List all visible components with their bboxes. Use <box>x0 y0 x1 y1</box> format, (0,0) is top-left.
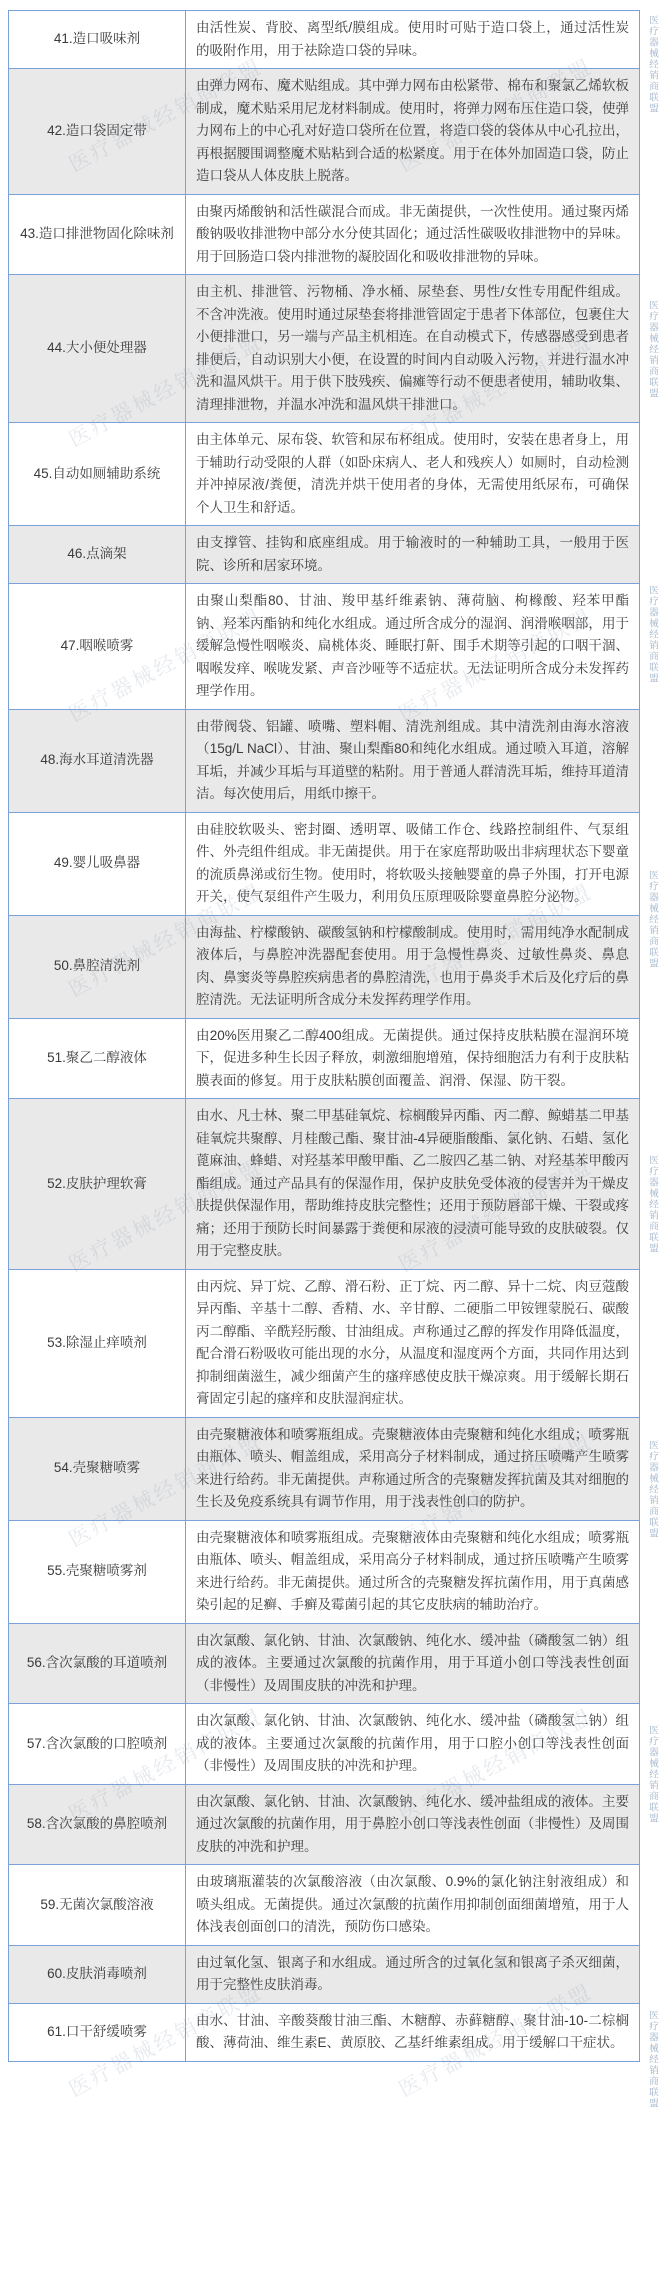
item-description: 由水、凡士林、聚二甲基硅氧烷、棕榈酸异丙酯、丙二醇、鲸蜡基二甲基硅氧烷共聚醇、月… <box>186 1099 640 1270</box>
device-table-body: 41.造口吸味剂由活性炭、背胶、离型纸/膜组成。使用时可贴于造口袋上，通过活性炭… <box>9 11 640 2062</box>
item-name: 48.海水耳道清洗器 <box>9 709 186 812</box>
item-name: 56.含次氯酸的耳道喷剂 <box>9 1623 186 1704</box>
table-row: 45.自动如厕辅助系统由主体单元、尿布袋、软管和尿布杯组成。使用时，安装在患者身… <box>9 423 640 526</box>
document-page: 41.造口吸味剂由活性炭、背胶、离型纸/膜组成。使用时可贴于造口袋上，通过活性炭… <box>0 0 660 2281</box>
table-row: 50.鼻腔清洗剂由海盐、柠檬酸钠、碳酸氢钠和柠檬酸制成。使用时，需用纯净水配制成… <box>9 915 640 1018</box>
table-row: 56.含次氯酸的耳道喷剂由次氯酸、氯化钠、甘油、次氯酸钠、纯化水、缓冲盐（磷酸氢… <box>9 1623 640 1704</box>
item-name: 42.造口袋固定带 <box>9 69 186 195</box>
item-description: 由过氧化氢、银离子和水组成。通过所含的过氧化氢和银离子杀灭细菌，用于完整性皮肤消… <box>186 1945 640 2003</box>
item-description: 由主机、排泄管、污物桶、净水桶、尿垫套、男性/女性专用配件组成。不含冲洗液。使用… <box>186 275 640 423</box>
edge-watermark: 医疗器械经销商联盟 <box>645 1725 659 1824</box>
table-row: 52.皮肤护理软膏由水、凡士林、聚二甲基硅氧烷、棕榈酸异丙酯、丙二醇、鲸蜡基二甲… <box>9 1099 640 1270</box>
table-row: 55.壳聚糖喷雾剂由壳聚糖液体和喷雾瓶组成。壳聚糖液体由壳聚糖和纯化水组成；喷雾… <box>9 1520 640 1623</box>
item-name: 41.造口吸味剂 <box>9 11 186 69</box>
item-name: 52.皮肤护理软膏 <box>9 1099 186 1270</box>
item-description: 由活性炭、背胶、离型纸/膜组成。使用时可贴于造口袋上，通过活性炭的吸附作用，用于… <box>186 11 640 69</box>
item-name: 45.自动如厕辅助系统 <box>9 423 186 526</box>
table-row: 48.海水耳道清洗器由带阀袋、铝罐、喷嘴、塑料帽、清洗剂组成。其中清洗剂由海水溶… <box>9 709 640 812</box>
table-row: 51.聚乙二醇液体由20%医用聚乙二醇400组成。无菌提供。通过保持皮肤粘膜在湿… <box>9 1018 640 1099</box>
item-name: 53.除湿止痒喷剂 <box>9 1269 186 1417</box>
item-name: 51.聚乙二醇液体 <box>9 1018 186 1099</box>
item-description: 由次氯酸、氯化钠、甘油、次氯酸钠、纯化水、缓冲盐（磷酸氢二钠）组成的液体。主要通… <box>186 1704 640 1785</box>
item-description: 由20%医用聚乙二醇400组成。无菌提供。通过保持皮肤粘膜在湿润环境下，促进多种… <box>186 1018 640 1099</box>
item-description: 由壳聚糖液体和喷雾瓶组成。壳聚糖液体由壳聚糖和纯化水组成；喷雾瓶由瓶体、喷头、帽… <box>186 1520 640 1623</box>
item-description: 由硅胶软吸头、密封圈、透明罩、吸储工作仓、线路控制组件、气泵组件、外壳组件组成。… <box>186 812 640 915</box>
item-description: 由丙烷、异丁烷、乙醇、滑石粉、正丁烷、丙二醇、异十二烷、肉豆蔻酸异丙酯、辛基十二… <box>186 1269 640 1417</box>
item-description: 由聚山梨酯80、甘油、羧甲基纤维素钠、薄荷脑、枸橼酸、羟苯甲酯钠、羟苯丙酯钠和纯… <box>186 584 640 710</box>
table-row: 47.咽喉喷雾由聚山梨酯80、甘油、羧甲基纤维素钠、薄荷脑、枸橼酸、羟苯甲酯钠、… <box>9 584 640 710</box>
item-name: 55.壳聚糖喷雾剂 <box>9 1520 186 1623</box>
item-description: 由海盐、柠檬酸钠、碳酸氢钠和柠檬酸制成。使用时，需用纯净水配制成液体后，与鼻腔冲… <box>186 915 640 1018</box>
edge-watermark: 医疗器械经销商联盟 <box>645 870 659 969</box>
edge-watermark: 医疗器械经销商联盟 <box>645 15 659 114</box>
item-description: 由壳聚糖液体和喷雾瓶组成。壳聚糖液体由壳聚糖和纯化水组成；喷雾瓶由瓶体、喷头、帽… <box>186 1417 640 1520</box>
table-row: 57.含次氯酸的口腔喷剂由次氯酸、氯化钠、甘油、次氯酸钠、纯化水、缓冲盐（磷酸氢… <box>9 1704 640 1785</box>
device-table: 41.造口吸味剂由活性炭、背胶、离型纸/膜组成。使用时可贴于造口袋上，通过活性炭… <box>8 10 640 2062</box>
table-row: 61.口干舒缓喷雾由水、甘油、辛酸葵酸甘油三酯、木糖醇、赤藓糖醇、聚甘油-10-… <box>9 2003 640 2061</box>
table-row: 43.造口排泄物固化除味剂由聚丙烯酸钠和活性碳混合而成。非无菌提供，一次性使用。… <box>9 194 640 275</box>
item-name: 49.婴儿吸鼻器 <box>9 812 186 915</box>
table-row: 60.皮肤消毒喷剂由过氧化氢、银离子和水组成。通过所含的过氧化氢和银离子杀灭细菌… <box>9 1945 640 2003</box>
edge-watermark: 医疗器械经销商联盟 <box>645 585 659 684</box>
item-description: 由支撑管、挂钩和底座组成。用于输液时的一种辅助工具，一般用于医院、诊所和居家环境… <box>186 526 640 584</box>
edge-watermark: 医疗器械经销商联盟 <box>645 2010 659 2109</box>
item-description: 由水、甘油、辛酸葵酸甘油三酯、木糖醇、赤藓糖醇、聚甘油-10-二棕榈酸、薄荷油、… <box>186 2003 640 2061</box>
item-description: 由主体单元、尿布袋、软管和尿布杯组成。使用时，安装在患者身上，用于辅助行动受限的… <box>186 423 640 526</box>
table-row: 53.除湿止痒喷剂由丙烷、异丁烷、乙醇、滑石粉、正丁烷、丙二醇、异十二烷、肉豆蔻… <box>9 1269 640 1417</box>
item-name: 50.鼻腔清洗剂 <box>9 915 186 1018</box>
item-description: 由聚丙烯酸钠和活性碳混合而成。非无菌提供，一次性使用。通过聚丙烯酸钠吸收排泄物中… <box>186 194 640 275</box>
edge-watermark: 医疗器械经销商联盟 <box>645 1440 659 1539</box>
item-description: 由次氯酸、氯化钠、甘油、次氯酸钠、纯化水、缓冲盐（磷酸氢二钠）组成的液体。主要通… <box>186 1623 640 1704</box>
item-name: 44.大小便处理器 <box>9 275 186 423</box>
item-description: 由带阀袋、铝罐、喷嘴、塑料帽、清洗剂组成。其中清洗剂由海水溶液（15g/L Na… <box>186 709 640 812</box>
table-row: 54.壳聚糖喷雾由壳聚糖液体和喷雾瓶组成。壳聚糖液体由壳聚糖和纯化水组成；喷雾瓶… <box>9 1417 640 1520</box>
edge-watermark: 医疗器械经销商联盟 <box>645 300 659 399</box>
table-row: 58.含次氯酸的鼻腔喷剂由次氯酸、氯化钠、甘油、次氯酸钠、纯化水、缓冲盐组成的液… <box>9 1784 640 1865</box>
item-name: 46.点滴架 <box>9 526 186 584</box>
table-row: 41.造口吸味剂由活性炭、背胶、离型纸/膜组成。使用时可贴于造口袋上，通过活性炭… <box>9 11 640 69</box>
table-row: 49.婴儿吸鼻器由硅胶软吸头、密封圈、透明罩、吸储工作仓、线路控制组件、气泵组件… <box>9 812 640 915</box>
item-name: 43.造口排泄物固化除味剂 <box>9 194 186 275</box>
edge-watermark: 医疗器械经销商联盟 <box>645 1155 659 1254</box>
table-row: 44.大小便处理器由主机、排泄管、污物桶、净水桶、尿垫套、男性/女性专用配件组成… <box>9 275 640 423</box>
item-name: 60.皮肤消毒喷剂 <box>9 1945 186 2003</box>
item-name: 54.壳聚糖喷雾 <box>9 1417 186 1520</box>
item-description: 由弹力网布、魔术贴组成。其中弹力网布由松紧带、棉布和聚氯乙烯软板制成，魔术贴采用… <box>186 69 640 195</box>
item-description: 由玻璃瓶灌装的次氯酸溶液（由次氯酸、0.9%的氯化钠注射液组成）和喷头组成。无菌… <box>186 1865 640 1946</box>
table-row: 59.无菌次氯酸溶液由玻璃瓶灌装的次氯酸溶液（由次氯酸、0.9%的氯化钠注射液组… <box>9 1865 640 1946</box>
item-name: 47.咽喉喷雾 <box>9 584 186 710</box>
item-description: 由次氯酸、氯化钠、甘油、次氯酸钠、纯化水、缓冲盐组成的液体。主要通过次氯酸的抗菌… <box>186 1784 640 1865</box>
item-name: 58.含次氯酸的鼻腔喷剂 <box>9 1784 186 1865</box>
item-name: 59.无菌次氯酸溶液 <box>9 1865 186 1946</box>
table-row: 42.造口袋固定带由弹力网布、魔术贴组成。其中弹力网布由松紧带、棉布和聚氯乙烯软… <box>9 69 640 195</box>
item-name: 57.含次氯酸的口腔喷剂 <box>9 1704 186 1785</box>
table-row: 46.点滴架由支撑管、挂钩和底座组成。用于输液时的一种辅助工具，一般用于医院、诊… <box>9 526 640 584</box>
item-name: 61.口干舒缓喷雾 <box>9 2003 186 2061</box>
